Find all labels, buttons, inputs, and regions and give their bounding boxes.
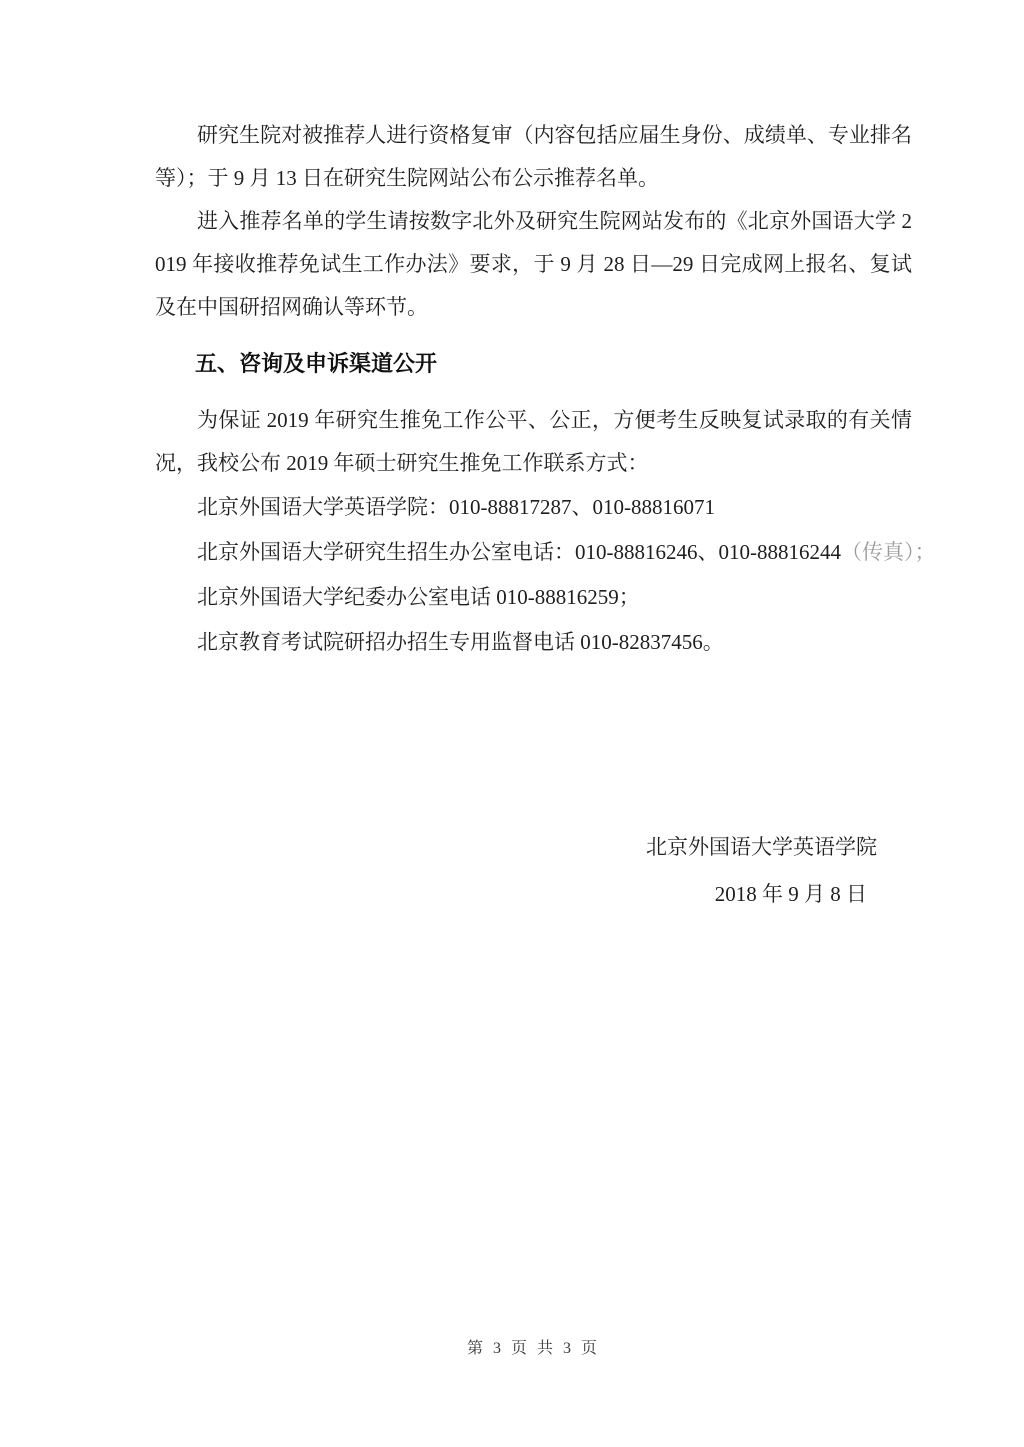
contact-line-exam-authority: 北京教育考试院研招办招生专用监督电话 010-82837456。 [155,620,912,665]
contact-line-discipline-office: 北京外国语大学纪委办公室电话 010-88816259； [155,575,912,620]
document-body: 研究生院对被推荐人进行资格复审（内容包括应届生身份、成绩单、专业排名等）；于 9… [155,114,912,918]
paragraph-contact-intro: 为保证 2019 年研究生推免工作公平、公正，方便考生反映复试录取的有关情况，我… [155,399,912,485]
contact-text: 北京外国语大学研究生招生办公室电话：010-88816246、010-88816… [197,540,841,564]
document-page: 研究生院对被推荐人进行资格复审（内容包括应届生身份、成绩单、专业排名等）；于 9… [0,0,1024,1447]
page-number-indicator: 第 3 页 共 3 页 [155,1337,912,1361]
signature-block: 北京外国语大学英语学院 2018 年 9 月 8 日 [155,824,912,918]
contact-text: 北京外国语大学英语学院：010-88817287、010-88816071 [197,495,715,519]
section-heading-consultation: 五、咨询及申诉渠道公开 [155,342,912,385]
contact-line-english-school: 北京外国语大学英语学院：010-88817287、010-88816071 [155,485,912,530]
contact-text: 北京教育考试院研招办招生专用监督电话 010-82837456。 [197,630,724,654]
signature-organization: 北京外国语大学英语学院 [155,824,912,871]
paragraph-review-notice: 研究生院对被推荐人进行资格复审（内容包括应届生身份、成绩单、专业排名等）；于 9… [155,114,912,200]
paragraph-registration-instructions: 进入推荐名单的学生请按数字北外及研究生院网站发布的《北京外国语大学 2019 年… [155,200,912,329]
contact-line-admissions-office: 北京外国语大学研究生招生办公室电话：010-88816246、010-88816… [155,530,912,575]
signature-date: 2018 年 9 月 8 日 [155,871,912,918]
contact-text: 北京外国语大学纪委办公室电话 010-88816259； [197,585,640,609]
contact-suffix-fax: （传真）； [841,540,936,564]
